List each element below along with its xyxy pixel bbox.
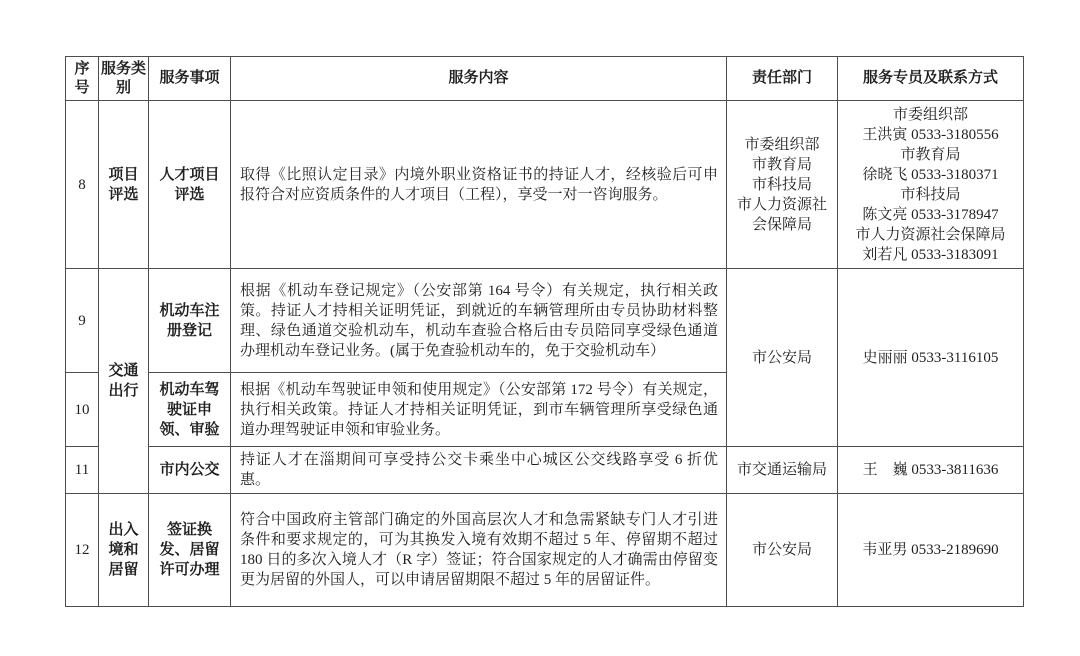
cell-contact: 韦亚男 0533-2189690 [838, 494, 1024, 607]
cell-category: 交通 出行 [99, 269, 149, 494]
table-row: 9 交通 出行 机动车注 册登记 根据《机动车登记规定》（公安部第 164 号令… [66, 269, 1024, 373]
cell-department: 市公安局 [727, 494, 838, 607]
cell-item: 人才项目 评选 [149, 101, 231, 269]
cell-seq: 9 [66, 269, 99, 373]
table-row: 11 市内公交 持证人才在淄期间可享受持公交卡乘坐中心城区公交线路享受 6 折优… [66, 447, 1024, 494]
cell-department: 市交通运输局 [727, 447, 838, 494]
cell-item: 机动车驾 驶证申 领、审验 [149, 373, 231, 447]
document-page: 序号 服务类别 服务事项 服务内容 责任部门 服务专员及联系方式 8 项目 评选… [0, 0, 1080, 656]
cell-item: 市内公交 [149, 447, 231, 494]
cell-department: 市委组织部 市教育局 市科技局 市人力资源社会保障局 [727, 101, 838, 269]
table-row: 12 出入 境和 居留 签证换 发、居留 许可办理 符合中国政府主管部门确定的外… [66, 494, 1024, 607]
cell-contact: 市委组织部 王洪寅 0533-3180556 市教育局 徐晓飞 0533-318… [838, 101, 1024, 269]
cell-category: 项目 评选 [99, 101, 149, 269]
cell-content: 持证人才在淄期间可享受持公交卡乘坐中心城区公交线路享受 6 折优惠。 [231, 447, 727, 494]
col-header-contact: 服务专员及联系方式 [838, 57, 1024, 101]
cell-seq: 10 [66, 373, 99, 447]
cell-seq: 8 [66, 101, 99, 269]
cell-content: 根据《机动车驾驶证申领和使用规定》（公安部第 172 号令）有关规定，执行相关政… [231, 373, 727, 447]
col-header-content: 服务内容 [231, 57, 727, 101]
table-row: 8 项目 评选 人才项目 评选 取得《比照认定目录》内境外职业资格证书的持证人才… [66, 101, 1024, 269]
service-table: 序号 服务类别 服务事项 服务内容 责任部门 服务专员及联系方式 8 项目 评选… [65, 56, 1024, 607]
cell-department: 市公安局 [727, 269, 838, 447]
cell-content: 符合中国政府主管部门确定的外国高层次人才和急需紧缺专门人才引进条件和要求规定的，… [231, 494, 727, 607]
cell-seq: 12 [66, 494, 99, 607]
cell-content: 根据《机动车登记规定》（公安部第 164 号令）有关规定，执行相关政策。持证人才… [231, 269, 727, 373]
header-row: 序号 服务类别 服务事项 服务内容 责任部门 服务专员及联系方式 [66, 57, 1024, 101]
col-header-item: 服务事项 [149, 57, 231, 101]
col-header-department: 责任部门 [727, 57, 838, 101]
cell-content: 取得《比照认定目录》内境外职业资格证书的持证人才，经核验后可申报符合对应资质条件… [231, 101, 727, 269]
cell-seq: 11 [66, 447, 99, 494]
col-header-category: 服务类别 [99, 57, 149, 101]
cell-item: 签证换 发、居留 许可办理 [149, 494, 231, 607]
cell-item: 机动车注 册登记 [149, 269, 231, 373]
col-header-seq: 序号 [66, 57, 99, 101]
cell-contact: 史丽丽 0533-3116105 [838, 269, 1024, 447]
cell-category: 出入 境和 居留 [99, 494, 149, 607]
cell-contact: 王 巍 0533-3811636 [838, 447, 1024, 494]
